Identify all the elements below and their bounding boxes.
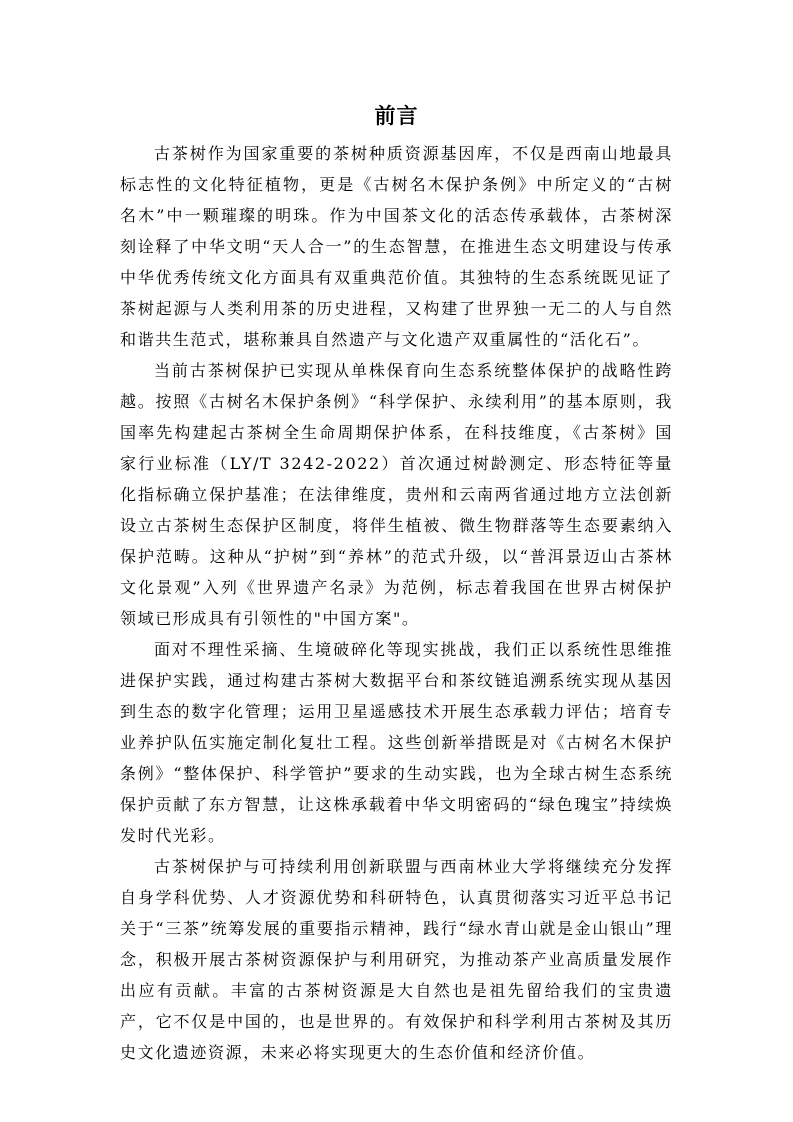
- document-page: 前言 古茶树作为国家重要的茶树种质资源基因库，不仅是西南山地最具标志性的文化特征…: [120, 100, 673, 1068]
- paragraph-1: 古茶树作为国家重要的茶树种质资源基因库，不仅是西南山地最具标志性的文化特征植物，…: [120, 138, 673, 355]
- paragraph-4: 古茶树保护与可持续利用创新联盟与西南林业大学将继续充分发挥自身学科优势、人才资源…: [120, 851, 673, 1068]
- page-title: 前言: [120, 100, 673, 132]
- paragraph-2: 当前古茶树保护已实现从单株保育向生态系统整体保护的战略性跨越。按照《古树名木保护…: [120, 355, 673, 634]
- paragraph-3: 面对不理性采摘、生境破碎化等现实挑战，我们正以系统性思维推进保护实践，通过构建古…: [120, 634, 673, 851]
